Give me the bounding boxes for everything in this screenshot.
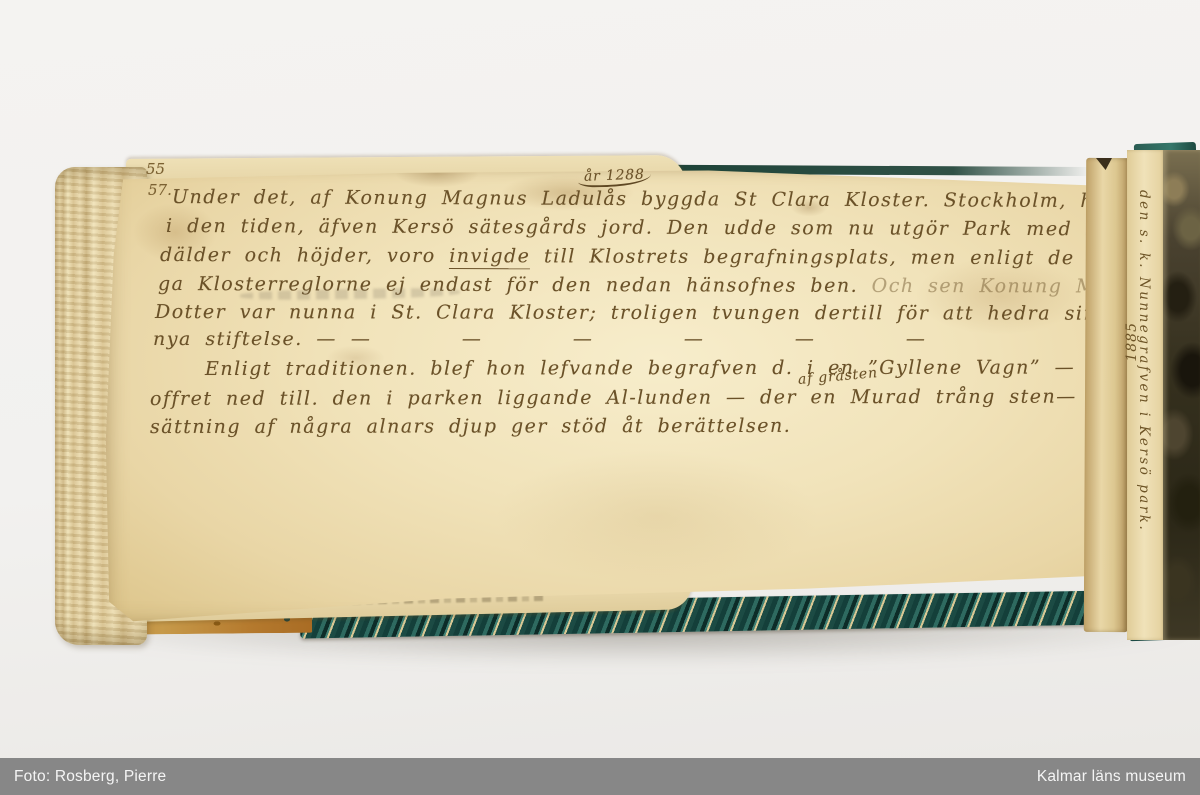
margin-note-vertical: den s. k. Nunnegrafven i Kersö park. — [1136, 190, 1152, 590]
pressed-specimen-texture — [1163, 150, 1200, 640]
line-6-dash-row: —————— — [351, 328, 1017, 350]
page-number-current: 57. — [148, 181, 172, 199]
page-number-previous: 55 — [146, 160, 165, 178]
museum-name: Kalmar läns museum — [1037, 768, 1186, 786]
year-insertion-note: år 1288 — [578, 166, 651, 185]
manuscript-line-2: i den tiden, äfven Kersö sätesgårds jord… — [166, 215, 1131, 240]
manuscript-line-5: Dotter var nunna i St. Clara Kloster; tr… — [155, 301, 1180, 325]
manuscript-line-1: Under det, af Konung Magnus Ladulås bygg… — [172, 186, 1144, 212]
manuscript-line-7: Enligt traditionen. blef hon lefvande be… — [205, 356, 1158, 380]
line-3-underlined-word: invigde — [449, 245, 530, 269]
line-6-text: nya stiftelse. — — [153, 328, 337, 350]
museum-photo: 55 57. år 1288 Under det, af Konung Magn… — [0, 0, 1200, 795]
margin-note-year: 1885 — [1124, 322, 1140, 362]
manuscript-line-3: dälder och höjder, voro invigde till Klo… — [160, 244, 1154, 269]
photo-credit-bar: Foto: Rosberg, Pierre Kalmar läns museum — [0, 758, 1200, 795]
manuscript-line-8: offret ned till. den i parken liggande A… — [150, 386, 1077, 410]
line-3-end: till Klostrets begrafningsplats, men enl… — [530, 245, 1153, 269]
manuscript-line-9: sättning af några alnars djup ger stöd å… — [150, 415, 791, 438]
manuscript-line-6: nya stiftelse. ——————— — [153, 328, 1017, 350]
line-3-start: dälder och höjder, voro — [160, 244, 449, 267]
photographer-credit: Foto: Rosberg, Pierre — [14, 768, 166, 786]
binding-gutter — [1084, 158, 1130, 632]
